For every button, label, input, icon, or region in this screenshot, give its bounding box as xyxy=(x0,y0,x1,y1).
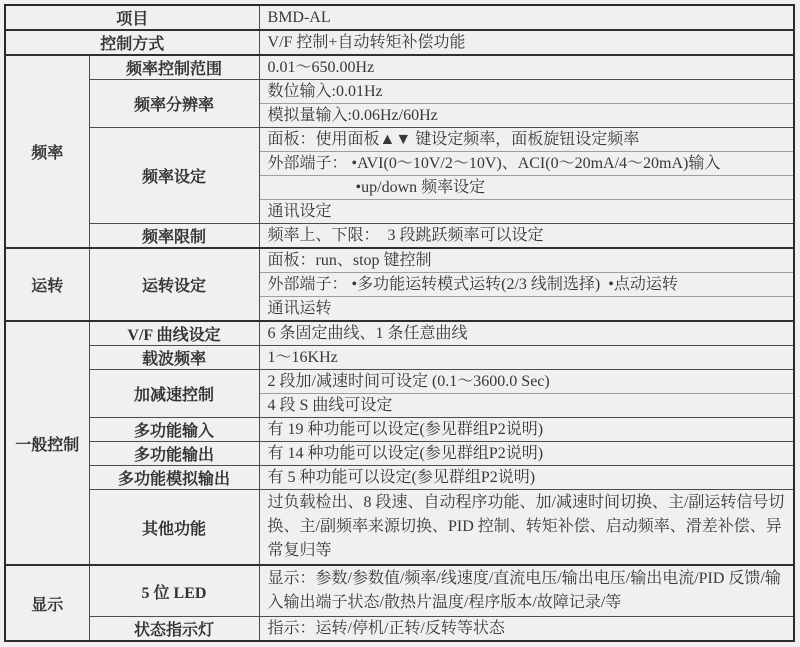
control-method-value-cell: V/F 控制+自动转矩补偿功能 xyxy=(259,30,794,55)
value-cell: 过负载检出、8 段速、自动程序功能、加/减速时间切换、主/副运转信号切换、主/副… xyxy=(259,490,794,566)
value-cell: 指示：运转/停机/正转/反转等状态 xyxy=(259,617,794,642)
table-row: 多功能模拟输出 有 5 种功能可以设定(参见群组P2说明) xyxy=(5,466,794,490)
value-cell: 有 14 种功能可以设定(参见群组P2说明) xyxy=(259,442,794,466)
group-label-frequency: 频率 xyxy=(5,55,89,248)
table-row: 多功能输入 有 19 种功能可以设定(参见群组P2说明) xyxy=(5,418,794,442)
table-row: 载波频率 1～16KHz xyxy=(5,346,794,370)
item-label-cell: 多功能输出 xyxy=(89,442,259,466)
table-row: 频率分辨率 数位输入:0.01Hz xyxy=(5,80,794,104)
item-label-cell: 频率限制 xyxy=(89,224,259,249)
table-row: 多功能输出 有 14 种功能可以设定(参见群组P2说明) xyxy=(5,442,794,466)
table-row: 控制方式 V/F 控制+自动转矩补偿功能 xyxy=(5,30,794,55)
value-cell: 有 19 种功能可以设定(参见群组P2说明) xyxy=(259,418,794,442)
value-cell: 外部端子： •多功能运转模式运转(2/3 线制选择) •点动运转 xyxy=(259,273,794,297)
spec-sheet-page: 项目 BMD-AL 控制方式 V/F 控制+自动转矩补偿功能 频率 频率控制范围… xyxy=(0,0,800,647)
group-label-general-control: 一般控制 xyxy=(5,321,89,565)
value-cell: 1～16KHz xyxy=(259,346,794,370)
value-cell: 6 条固定曲线、1 条任意曲线 xyxy=(259,321,794,346)
value-cell: •up/down 频率设定 xyxy=(259,176,794,200)
item-label-cell: 状态指示灯 xyxy=(89,617,259,642)
table-row: 显示 5 位 LED 显示：参数/参数值/频率/线速度/直流电压/输出电压/输出… xyxy=(5,565,794,617)
value-cell: 面板：使用面板▲▼ 键设定频率，面板旋钮设定频率 xyxy=(259,128,794,152)
item-label-cell: 运转设定 xyxy=(89,248,259,321)
item-label-cell: V/F 曲线设定 xyxy=(89,321,259,346)
value-cell: 4 段 S 曲线可设定 xyxy=(259,394,794,418)
value-cell: 有 5 种功能可以设定(参见群组P2说明) xyxy=(259,466,794,490)
item-header-cell: 项目 xyxy=(5,5,259,30)
table-row: 运转 运转设定 面板：run、stop 键控制 xyxy=(5,248,794,273)
value-cell: 数位输入:0.01Hz xyxy=(259,80,794,104)
table-row: 其他功能 过负载检出、8 段速、自动程序功能、加/减速时间切换、主/副运转信号切… xyxy=(5,490,794,566)
table-row: 频率 频率控制范围 0.01～650.00Hz xyxy=(5,55,794,80)
item-label-cell: 频率分辨率 xyxy=(89,80,259,128)
value-cell: 2 段加/减速时间可设定 (0.1～3600.0 Sec) xyxy=(259,370,794,394)
item-label-cell: 其他功能 xyxy=(89,490,259,566)
value-cell: 通讯运转 xyxy=(259,297,794,322)
spec-table: 项目 BMD-AL 控制方式 V/F 控制+自动转矩补偿功能 频率 频率控制范围… xyxy=(4,4,795,642)
value-cell: 模拟量输入:0.06Hz/60Hz xyxy=(259,104,794,128)
table-row: 项目 BMD-AL xyxy=(5,5,794,30)
model-name-cell: BMD-AL xyxy=(259,5,794,30)
value-cell: 0.01～650.00Hz xyxy=(259,55,794,80)
table-row: 状态指示灯 指示：运转/停机/正转/反转等状态 xyxy=(5,617,794,642)
item-label-cell: 5 位 LED xyxy=(89,565,259,617)
item-label-cell: 频率控制范围 xyxy=(89,55,259,80)
item-label-cell: 多功能模拟输出 xyxy=(89,466,259,490)
value-cell: 面板：run、stop 键控制 xyxy=(259,248,794,273)
group-label-display: 显示 xyxy=(5,565,89,641)
value-cell: 频率上、下限： 3 段跳跃频率可以设定 xyxy=(259,224,794,249)
table-row: 频率设定 面板：使用面板▲▼ 键设定频率，面板旋钮设定频率 xyxy=(5,128,794,152)
value-cell: 显示：参数/参数值/频率/线速度/直流电压/输出电压/输出电流/PID 反馈/输… xyxy=(259,565,794,617)
item-label-cell: 载波频率 xyxy=(89,346,259,370)
table-row: 一般控制 V/F 曲线设定 6 条固定曲线、1 条任意曲线 xyxy=(5,321,794,346)
control-method-label-cell: 控制方式 xyxy=(5,30,259,55)
item-label-cell: 多功能输入 xyxy=(89,418,259,442)
item-label-cell: 加减速控制 xyxy=(89,370,259,418)
group-label-operation: 运转 xyxy=(5,248,89,321)
value-cell: 通讯设定 xyxy=(259,200,794,224)
table-row: 频率限制 频率上、下限： 3 段跳跃频率可以设定 xyxy=(5,224,794,249)
item-label-cell: 频率设定 xyxy=(89,128,259,224)
table-row: 加减速控制 2 段加/减速时间可设定 (0.1～3600.0 Sec) xyxy=(5,370,794,394)
value-cell: 外部端子： •AVI(0～10V/2～10V)、ACI(0～20mA/4～20m… xyxy=(259,152,794,176)
